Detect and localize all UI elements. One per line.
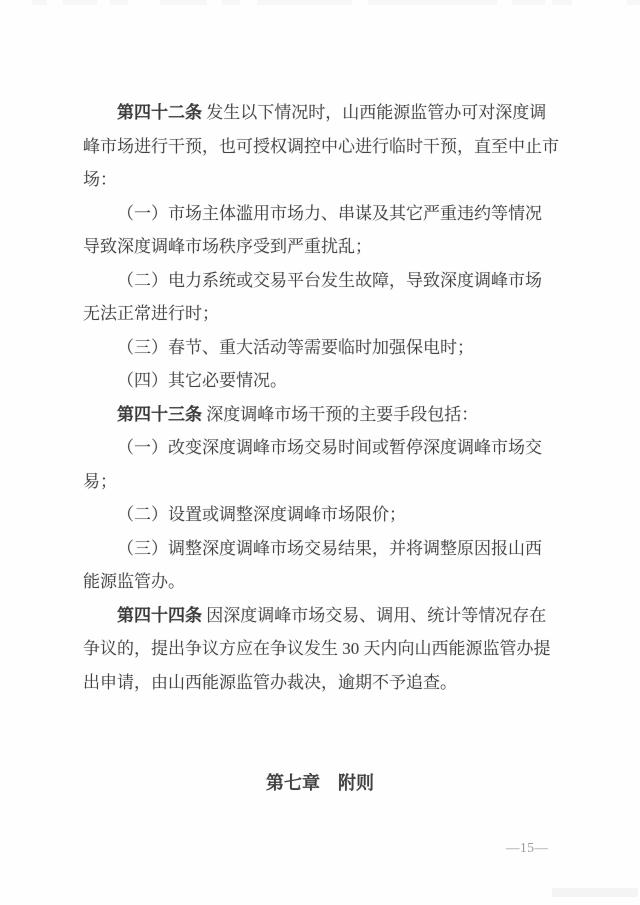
text-line: 能源监管办。 (83, 565, 557, 599)
text-line-item-2: （二）电力系统或交易平台发生故障，导致深度调峰市场 (83, 264, 557, 298)
scan-artifact (368, 0, 497, 5)
page-number: —15— (506, 840, 549, 856)
scan-artifact (552, 0, 572, 5)
text-line-article-43: 第四十三条 深度调峰市场干预的主要手段包括： (83, 398, 557, 432)
scan-artifact (512, 0, 545, 5)
text-line: 争议的，提出争议方应在争议发生 30 天内向山西能源监管办提 (83, 632, 557, 666)
scan-artifact (222, 0, 240, 5)
text-line: 场： (83, 163, 557, 197)
text-line-item-1: （一）市场主体滥用市场力、串谋及其它严重违约等情况 (83, 197, 557, 231)
chapter-heading: 第七章 附则 (83, 769, 557, 795)
text-run: 因深度调峰市场交易、调用、统计等情况存在 (202, 606, 546, 625)
text-line-item-3: （三）春节、重大活动等需要临时加强保电时； (83, 331, 557, 365)
text-line: 峰市场进行干预，也可授权调控中心进行临时干预，直至中止市 (83, 130, 557, 164)
text-run: 深度调峰市场干预的主要手段包括： (202, 405, 478, 424)
scan-artifact (32, 0, 47, 5)
text-line: 易； (83, 465, 557, 499)
text-line: 出申请，由山西能源监管办裁决，逾期不予追查。 (83, 666, 557, 700)
document-page: 第四十二条 发生以下情况时，山西能源监管办可对深度调 峰市场进行干预，也可授权调… (0, 0, 640, 905)
scan-artifact-bottom-right (552, 888, 638, 897)
text-line: 无法正常进行时； (83, 297, 557, 331)
text-line-item-3: （三）调整深度调峰市场交易结果，并将调整原因报山西 (83, 532, 557, 566)
text-line: 导致深度调峰市场秩序受到严重扰乱； (83, 230, 557, 264)
text-line-item-4: （四）其它必要情况。 (83, 364, 557, 398)
document-body: 第四十二条 发生以下情况时，山西能源监管办可对深度调 峰市场进行干预，也可授权调… (83, 96, 557, 699)
scan-artifact (160, 0, 207, 5)
text-line-article-42: 第四十二条 发生以下情况时，山西能源监管办可对深度调 (83, 96, 557, 130)
text-line-item-1: （一）改变深度调峰市场交易时间或暂停深度调峰市场交 (83, 431, 557, 465)
article-number: 第四十四条 (117, 606, 202, 625)
scan-artifact (63, 0, 97, 5)
scan-artifact (627, 0, 640, 5)
article-number: 第四十二条 (117, 103, 202, 122)
text-line-item-2: （二）设置或调整深度调峰市场限价； (83, 498, 557, 532)
scan-artifact (110, 0, 128, 5)
article-number: 第四十三条 (117, 405, 202, 424)
text-line-article-44: 第四十四条 因深度调峰市场交易、调用、统计等情况存在 (83, 599, 557, 633)
scan-artifact (257, 0, 352, 5)
text-run: 发生以下情况时，山西能源监管办可对深度调 (202, 103, 546, 122)
